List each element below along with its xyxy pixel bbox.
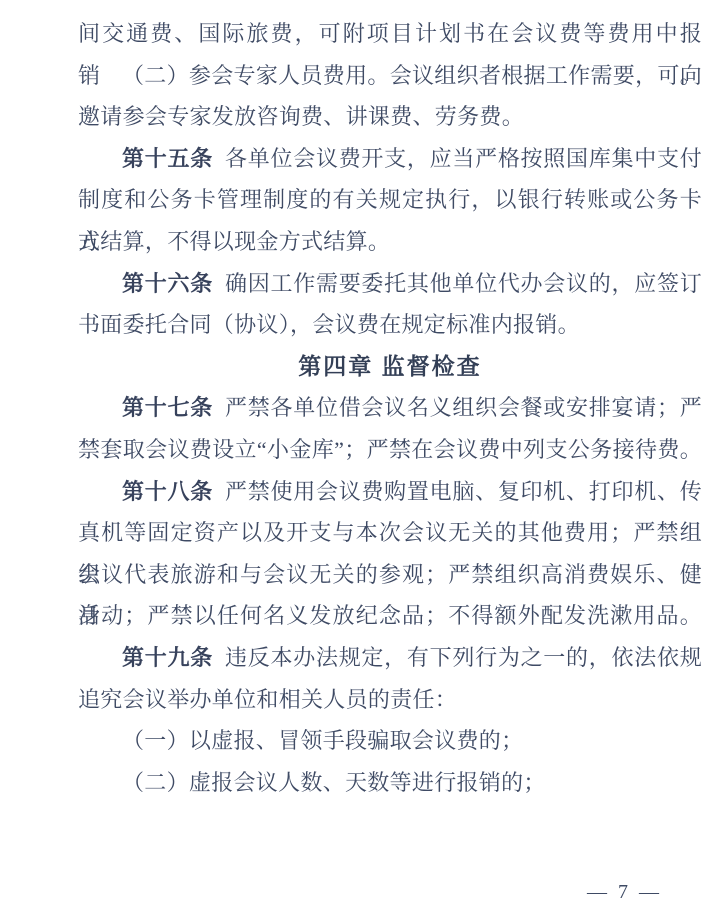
page-number: — 7 — [587, 881, 662, 904]
list-item-2: （二）参会专家人员费用。会议组织者根据工作需要，可向 [78, 55, 702, 97]
text-line: 会议代表旅游和与会议无关的参观；严禁组织高消费娱乐、健身 [78, 554, 702, 596]
article-number: 第十七条 [122, 395, 213, 420]
article-number: 第十九条 [122, 645, 213, 670]
article-text: 严禁使用会议费购置电脑、复印机、打印机、传 [225, 479, 702, 504]
chapter-heading: 第四章 监督检查 [78, 346, 702, 388]
article-19-line: 第十九条违反本办法规定，有下列行为之一的，依法依规 [78, 637, 702, 679]
article-17-line: 第十七条严禁各单位借会议名义组织会餐或安排宴请；严 [78, 387, 702, 429]
article-text: 确因工作需要委托其他单位代办会议的，应签订 [225, 271, 702, 296]
article-18-line: 第十八条严禁使用会议费购置电脑、复印机、打印机、传 [78, 471, 702, 513]
text-line: 邀请参会专家发放咨询费、讲课费、劳务费。 [78, 96, 702, 138]
text-line: 禁套取会议费设立“小金库”；严禁在会议费中列支公务接待费。 [78, 429, 702, 471]
article-text: 违反本办法规定，有下列行为之一的，依法依规 [225, 645, 702, 670]
list-item-2: （二）虚报会议人数、天数等进行报销的； [78, 762, 702, 804]
article-number: 第十五条 [122, 146, 213, 171]
article-16-line: 第十六条确因工作需要委托其他单位代办会议的，应签订 [78, 263, 702, 305]
text-line: 活动；严禁以任何名义发放纪念品；不得额外配发洗漱用品。 [78, 595, 702, 637]
article-number: 第十六条 [122, 271, 213, 296]
document-body: 间交通费、国际旅费，可附项目计划书在会议费等费用中报销。 （二）参会专家人员费用… [78, 13, 702, 803]
text-line: 追究会议举办单位和相关人员的责任： [78, 679, 702, 721]
text-line: 制度和公务卡管理制度的有关规定执行，以银行转账或公务卡方 [78, 179, 702, 221]
list-item-1: （一）以虚报、冒领手段骗取会议费的； [78, 720, 702, 762]
document-page: 间交通费、国际旅费，可附项目计划书在会议费等费用中报销。 （二）参会专家人员费用… [0, 0, 719, 919]
text-line: 真机等固定资产以及开支与本次会议无关的其他费用；严禁组织 [78, 512, 702, 554]
article-15-line: 第十五条各单位会议费开支，应当严格按照国库集中支付 [78, 138, 702, 180]
text-line: 间交通费、国际旅费，可附项目计划书在会议费等费用中报销。 [78, 13, 702, 55]
text-line: 式结算，不得以现金方式结算。 [78, 221, 702, 263]
article-text: 各单位会议费开支，应当严格按照国库集中支付 [225, 146, 702, 171]
article-number: 第十八条 [122, 479, 213, 504]
article-text: 严禁各单位借会议名义组织会餐或安排宴请；严 [225, 395, 702, 420]
text-line: 书面委托合同（协议），会议费在规定标准内报销。 [78, 304, 702, 346]
